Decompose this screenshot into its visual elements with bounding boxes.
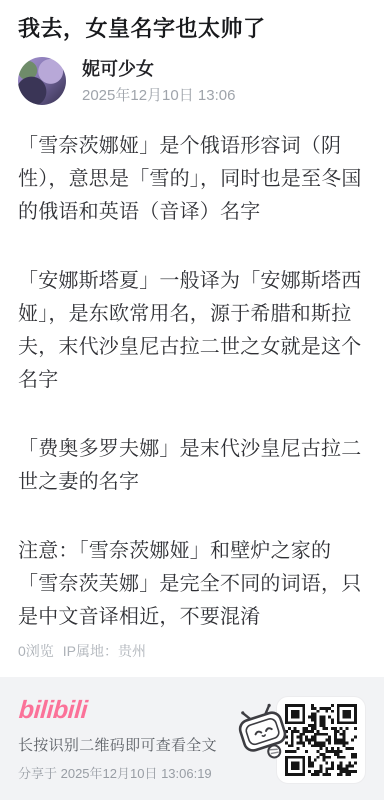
- user-avatar[interactable]: [18, 57, 66, 105]
- share-card: 我去，女皇名字也太帅了 妮可少女 2025年12月10日 13:06 「雪奈茨娜…: [0, 0, 384, 800]
- article-stats: 0浏览 IP属地：贵州: [18, 641, 366, 661]
- page-title: 我去，女皇名字也太帅了: [18, 14, 366, 44]
- article-paragraph: 「费奥多罗夫娜」是末代沙皇尼古拉二世之妻的名字: [18, 433, 366, 499]
- article-content: 我去，女皇名字也太帅了 妮可少女 2025年12月10日 13:06 「雪奈茨娜…: [0, 0, 384, 661]
- article-paragraph: 「安娜斯塔夏」一般译为「安娜斯塔西娅」，是东欧常用名，源于希腊和斯拉夫，末代沙皇…: [18, 265, 366, 397]
- bilibili-tv-mascot-icon: [231, 701, 295, 767]
- ip-location: IP属地：贵州: [63, 641, 146, 661]
- publish-date: 2025年12月10日 13:06: [82, 84, 235, 105]
- qr-area: [276, 696, 366, 784]
- view-count: 0浏览: [18, 641, 54, 661]
- scan-hint-text: 长按识别二维码即可查看全文: [18, 734, 217, 755]
- bottom-bar-left: bilibili 长按识别二维码即可查看全文 分享于 2025年12月10日 1…: [18, 696, 217, 782]
- author-name[interactable]: 妮可少女: [82, 58, 235, 80]
- article-body: 「雪奈茨娜娅」是个俄语形容词（阴性），意思是「雪的」，同时也是至冬国的俄语和英语…: [18, 130, 366, 634]
- bottom-bar: bilibili 长按识别二维码即可查看全文 分享于 2025年12月10日 1…: [0, 677, 384, 800]
- bilibili-logo[interactable]: bilibili: [18, 696, 88, 724]
- share-time: 分享于 2025年12月10日 13:06:19: [18, 763, 217, 782]
- article-paragraph: 「雪奈茨娜娅」是个俄语形容词（阴性），意思是「雪的」，同时也是至冬国的俄语和英语…: [18, 130, 366, 229]
- article-paragraph: 注意：「雪奈茨娜娅」和壁炉之家的「雪奈茨芙娜」是完全不同的词语，只是中文音译相近…: [18, 535, 366, 634]
- qr-code[interactable]: [285, 704, 357, 776]
- author-meta: 妮可少女 2025年12月10日 13:06: [82, 58, 235, 105]
- author-row: 妮可少女 2025年12月10日 13:06: [18, 57, 366, 105]
